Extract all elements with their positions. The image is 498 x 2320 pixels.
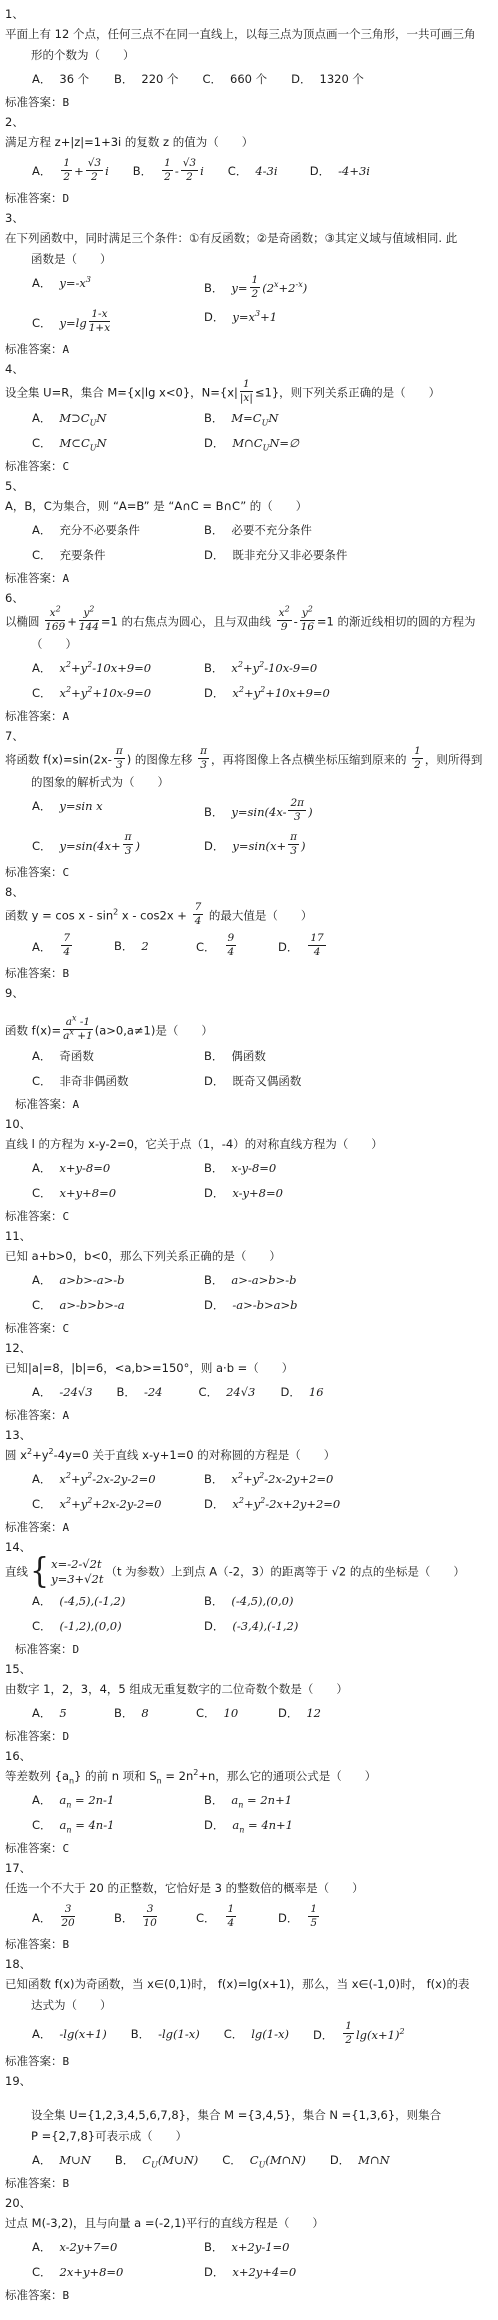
option-item: B．an = 2n+1 bbox=[204, 1792, 293, 1808]
answer-letter: A bbox=[63, 1409, 70, 1422]
answer-prefix: 标准答案： bbox=[15, 1642, 73, 1656]
option-item: C．(-1,2),(0,0) bbox=[32, 1618, 204, 1634]
answer-prefix: 标准答案： bbox=[5, 342, 63, 356]
option-text: x2+y2+10x+9=0 bbox=[232, 686, 330, 700]
option-item: C．4-3i bbox=[228, 163, 286, 179]
answer-prefix: 标准答案： bbox=[5, 2176, 63, 2190]
option-label: A． bbox=[32, 661, 51, 675]
option-label: A． bbox=[32, 1911, 51, 1925]
option-text: x-y-8=0 bbox=[231, 1161, 276, 1175]
options-group: A．x-2y+7=0B．x+2y-1=0C．2x+y+8=0D．x+2y+4=0 bbox=[5, 2239, 492, 2280]
option-text: x2+y2-10x-9=0 bbox=[231, 661, 317, 675]
option-text: (-1,2),(0,0) bbox=[60, 1619, 122, 1633]
answer-letter: B bbox=[63, 1938, 70, 1951]
options-group: A．a>b>-a>-bB．a>-a>b>-bC．a>-b>b>-aD．-a>-b… bbox=[5, 1272, 492, 1313]
option-label: C． bbox=[32, 839, 52, 853]
option-label: A． bbox=[32, 523, 51, 537]
option-label: C． bbox=[32, 436, 52, 450]
question-number: 5、 bbox=[5, 479, 492, 494]
answer-line: 标准答案：B bbox=[5, 965, 492, 982]
question-block: 14、直线{x=-2-√2ty=3+√2t（t 为参数）上到点 A（-2，3）的… bbox=[5, 1540, 492, 1658]
option-item: D．(-3,4),(-1,2) bbox=[204, 1618, 298, 1634]
option-item: B．x2+y2-2x-2y+2=0 bbox=[204, 1471, 340, 1487]
option-item: C．10 bbox=[196, 1705, 254, 1721]
option-item: A．an = 2n-1 bbox=[32, 1792, 204, 1808]
option-text: M⊃CUN bbox=[59, 411, 106, 425]
option-item: D．y=x3+1 bbox=[204, 309, 307, 334]
option-item: D．既非充分又非必要条件 bbox=[204, 547, 347, 563]
option-text: 12+√32i bbox=[59, 164, 108, 178]
answer-line: 标准答案：B bbox=[5, 94, 492, 111]
option-item: A．12+√32i bbox=[32, 158, 109, 183]
question-number: 2、 bbox=[5, 115, 492, 130]
answer-prefix: 标准答案： bbox=[5, 191, 63, 205]
question-stem-line: 达式为（ ） bbox=[5, 1995, 492, 2015]
option-label: D． bbox=[204, 310, 224, 324]
option-label: A． bbox=[32, 411, 51, 425]
options-group: A．an = 2n-1B．an = 2n+1C．an = 4n-1D．an = … bbox=[5, 1792, 492, 1833]
answer-line: 标准答案：C bbox=[5, 1320, 492, 1337]
question-block: 9、函数 f(x)=ax -1ax +1(a>0,a≠1)是（ ）A．奇函数B．… bbox=[5, 986, 492, 1113]
option-item: A．(-4,5),(-1,2) bbox=[32, 1593, 204, 1609]
option-text: 非奇非偶函数 bbox=[60, 1074, 129, 1088]
answer-line: 标准答案：D bbox=[5, 1728, 492, 1745]
option-item: C．660 个 bbox=[203, 71, 268, 87]
question-number: 12、 bbox=[5, 1341, 492, 1356]
question-stem-line: 直线 l 的方程为 x-y-2=0，它关于点（1，-4）的对称直线方程为（ ） bbox=[5, 1134, 492, 1154]
option-label: D． bbox=[204, 548, 224, 562]
option-label: A． bbox=[32, 1594, 51, 1608]
option-label: D． bbox=[330, 2153, 350, 2167]
question-stem-line: 过点 M(-3,2)，且与向量 a =(-2,1)平行的直线方程是（ ） bbox=[5, 2213, 492, 2233]
option-text: x+2y-1=0 bbox=[231, 2240, 289, 2254]
option-label: C． bbox=[222, 2153, 242, 2167]
option-label: A． bbox=[32, 72, 51, 86]
option-item: D．x+2y+4=0 bbox=[204, 2264, 296, 2280]
option-label: D． bbox=[278, 1911, 298, 1925]
option-text: y=sin(4x+π3) bbox=[60, 839, 140, 853]
question-block: 1、平面上有 12 个点，任何三点不在同一直线上，以每三点为顶点画一个三角形，一… bbox=[5, 7, 492, 111]
answer-prefix: 标准答案： bbox=[5, 709, 63, 723]
option-label: B． bbox=[204, 805, 223, 819]
option-text: (-4,5),(0,0) bbox=[231, 1594, 293, 1608]
question-number: 19、 bbox=[5, 2074, 492, 2089]
option-label: A． bbox=[32, 1385, 51, 1399]
options-group: A．x2+y2-2x-2y-2=0B．x2+y2-2x-2y+2=0C．x2+y… bbox=[5, 1471, 492, 1512]
option-item: B．a>-a>b>-b bbox=[204, 1272, 297, 1288]
option-item: B．8 bbox=[114, 1705, 172, 1721]
option-label: D． bbox=[204, 1619, 224, 1633]
options-group: A．M∪NB．CU(M∪N)C．CU(M∩N)D．M∩N bbox=[5, 2152, 492, 2168]
option-item: D．an = 4n+1 bbox=[204, 1817, 293, 1833]
answer-line: 标准答案：B bbox=[5, 1936, 492, 1953]
option-item: D．x2+y2+10x+9=0 bbox=[204, 685, 330, 701]
option-label: A． bbox=[32, 2153, 51, 2167]
option-text: x2+y2+10x-9=0 bbox=[60, 686, 152, 700]
answer-line: 标准答案：A bbox=[5, 1407, 492, 1424]
option-text: 36 个 bbox=[59, 72, 89, 86]
option-text: 220 个 bbox=[141, 72, 178, 86]
question-stem-line: 已知函数 f(x)为奇函数，当 x∈(0,1)时， f(x)=lg(x+1)，那… bbox=[5, 1974, 492, 1994]
option-text: 2 bbox=[141, 939, 148, 953]
option-text: 4-3i bbox=[255, 164, 277, 178]
answer-letter: B bbox=[63, 96, 70, 109]
answer-prefix: 标准答案： bbox=[5, 571, 63, 585]
question-stem-line: 圆 x2+y2-4y=0 关于直线 x-y+1=0 的对称圆的方程是（ ） bbox=[5, 1445, 492, 1465]
option-item: A．y=sin x bbox=[32, 798, 204, 823]
option-text: CU(M∩N) bbox=[250, 2153, 306, 2167]
question-stem-line: 在下列函数中，同时满足三个条件：①有反函数；②是奇函数；③其定义域与值域相同. … bbox=[5, 228, 492, 248]
option-label: D． bbox=[291, 72, 311, 86]
option-text: CU(M∪N) bbox=[142, 2153, 198, 2167]
option-label: B． bbox=[204, 1049, 223, 1063]
option-label: B． bbox=[114, 1706, 133, 1720]
option-label: C． bbox=[32, 1619, 52, 1633]
options-group: A．36 个B．220 个C．660 个D．1320 个 bbox=[5, 71, 492, 87]
question-stem-line: 函数 y = cos x - sin2 x - cos2x + 74 的最大值是… bbox=[5, 902, 492, 927]
option-label: D． bbox=[204, 1186, 224, 1200]
answer-letter: D bbox=[63, 1730, 70, 1743]
question-block: 10、直线 l 的方程为 x-y-2=0，它关于点（1，-4）的对称直线方程为（… bbox=[5, 1117, 492, 1225]
option-label: B． bbox=[204, 1161, 223, 1175]
option-label: B． bbox=[133, 164, 152, 178]
option-text: -a>-b>a>b bbox=[232, 1298, 297, 1312]
question-number: 4、 bbox=[5, 362, 492, 377]
options-group: A．5B．8C．10D．12 bbox=[5, 1705, 492, 1721]
option-item: A．-24√3 bbox=[32, 1384, 93, 1400]
option-item: B．2 bbox=[114, 938, 172, 954]
option-item: D．x2+y2-2x+2y+2=0 bbox=[204, 1496, 340, 1512]
answer-line: 标准答案：D bbox=[5, 1641, 492, 1658]
option-text: -lg(1-x) bbox=[158, 2027, 200, 2041]
question-stem-line: 已知|a|=8，|b|=6，<a,b>=150°，则 a·b =（ ） bbox=[5, 1358, 492, 1378]
option-item: C．2x+y+8=0 bbox=[32, 2264, 204, 2280]
question-stem-line: 以椭圆 x2169+y2144=1 的右焦点为圆心，且与双曲线 x29-y216… bbox=[5, 608, 492, 633]
answer-line: 标准答案：A bbox=[5, 708, 492, 725]
option-text: M∪N bbox=[59, 2153, 90, 2167]
option-text: 12-√32i bbox=[160, 164, 204, 178]
option-label: D． bbox=[281, 1385, 301, 1399]
option-label: C． bbox=[32, 1818, 52, 1832]
option-text: x+y+8=0 bbox=[60, 1186, 117, 1200]
option-label: C． bbox=[224, 2027, 244, 2041]
question-stem-line: 平面上有 12 个点，任何三点不在同一直线上，以每三点为顶点画一个三角形，一共可… bbox=[5, 24, 492, 44]
option-item: C．a>-b>b>-a bbox=[32, 1297, 204, 1313]
option-text: x-2y+7=0 bbox=[59, 2240, 117, 2254]
question-block: 20、过点 M(-3,2)，且与向量 a =(-2,1)平行的直线方程是（ ）A… bbox=[5, 2196, 492, 2304]
option-item: C．非奇非偶函数 bbox=[32, 1073, 204, 1089]
option-item: B．-lg(1-x) bbox=[131, 2026, 200, 2042]
option-text: x2+y2-2x-2y-2=0 bbox=[59, 1472, 155, 1486]
question-block: 4、设全集 U=R，集合 M={x|lg x<0}，N={x|1|x|≤1}，则… bbox=[5, 362, 492, 475]
option-text: x2+y2-2x-2y+2=0 bbox=[231, 1472, 333, 1486]
exam-document: 1、平面上有 12 个点，任何三点不在同一直线上，以每三点为顶点画一个三角形，一… bbox=[5, 7, 492, 2304]
option-item: C．x+y+8=0 bbox=[32, 1185, 204, 1201]
option-item: A．奇函数 bbox=[32, 1048, 204, 1064]
question-block: 17、任选一个不大于 20 的正整数，它恰好是 3 的整数倍的概率是（ ）A．3… bbox=[5, 1861, 492, 1953]
option-label: A． bbox=[32, 1706, 51, 1720]
option-text: 奇函数 bbox=[59, 1049, 94, 1063]
option-label: B． bbox=[204, 661, 223, 675]
option-label: D． bbox=[204, 1497, 224, 1511]
option-label: D． bbox=[310, 164, 330, 178]
answer-letter: B bbox=[63, 2177, 70, 2190]
option-item: B．CU(M∪N) bbox=[115, 2152, 198, 2168]
option-item: A．x-2y+7=0 bbox=[32, 2239, 204, 2255]
option-text: x+2y+4=0 bbox=[232, 2265, 296, 2279]
option-text: 充分不必要条件 bbox=[59, 523, 140, 537]
answer-letter: C bbox=[63, 460, 70, 473]
question-block: 16、等差数列 {an} 的前 n 项和 Sn = 2n2+n，那么它的通项公式… bbox=[5, 1749, 492, 1857]
option-label: A． bbox=[32, 940, 51, 954]
question-number: 1、 bbox=[5, 7, 492, 22]
option-item: C．14 bbox=[196, 1904, 254, 1929]
option-label: B． bbox=[204, 523, 223, 537]
option-item: C．an = 4n-1 bbox=[32, 1817, 204, 1833]
question-block: 8、函数 y = cos x - sin2 x - cos2x + 74 的最大… bbox=[5, 885, 492, 982]
option-item: D．1320 个 bbox=[291, 71, 364, 87]
option-label: D． bbox=[204, 839, 224, 853]
question-stem-line: 函数是（ ） bbox=[5, 249, 492, 269]
question-stem-line: 任选一个不大于 20 的正整数，它恰好是 3 的整数倍的概率是（ ） bbox=[5, 1878, 492, 1898]
options-group: A．320B．310C．14D．15 bbox=[5, 1904, 492, 1929]
answer-letter: D bbox=[63, 192, 70, 205]
question-stem-line: A，B，C为集合，则 “A=B” 是 “A∩C = B∩C” 的（ ） bbox=[5, 496, 492, 516]
option-label: A． bbox=[32, 2240, 51, 2254]
option-text: M∩N bbox=[358, 2153, 389, 2167]
answer-letter: C bbox=[63, 1322, 70, 1335]
option-item: C．y=sin(4x+π3) bbox=[32, 832, 204, 857]
answer-letter: A bbox=[73, 1098, 80, 1111]
option-item: A．M⊃CUN bbox=[32, 410, 204, 426]
question-number: 20、 bbox=[5, 2196, 492, 2211]
option-text: 320 bbox=[59, 1911, 76, 1925]
option-text: y=sin(4x-2π3) bbox=[231, 805, 312, 819]
option-label: C． bbox=[32, 316, 52, 330]
options-group: A．74B．2C．94D．174 bbox=[5, 933, 492, 958]
option-text: y=lg1-x1+x bbox=[60, 316, 113, 330]
option-label: C． bbox=[228, 164, 248, 178]
options-group: A．x+y-8=0B．x-y-8=0C．x+y+8=0D．x-y+8=0 bbox=[5, 1160, 492, 1201]
question-block: 6、以椭圆 x2169+y2144=1 的右焦点为圆心，且与双曲线 x29-y2… bbox=[5, 591, 492, 725]
option-text: (-3,4),(-1,2) bbox=[232, 1619, 298, 1633]
question-number: 11、 bbox=[5, 1229, 492, 1244]
option-item: B．310 bbox=[114, 1904, 172, 1929]
option-label: C． bbox=[32, 548, 52, 562]
question-number: 10、 bbox=[5, 1117, 492, 1132]
option-item: B．M=CUN bbox=[204, 410, 299, 426]
option-text: 24√3 bbox=[226, 1385, 255, 1399]
option-item: D．16 bbox=[281, 1384, 339, 1400]
question-block: 2、满足方程 z+|z|=1+3i 的复数 z 的值为（ ）A．12+√32iB… bbox=[5, 115, 492, 207]
answer-letter: C bbox=[63, 1210, 70, 1223]
option-item: D．12 bbox=[278, 1705, 336, 1721]
option-label: B． bbox=[204, 1594, 223, 1608]
option-label: C． bbox=[203, 72, 223, 86]
option-item: A．-lg(x+1) bbox=[32, 2026, 107, 2042]
answer-line: 标准答案：C bbox=[5, 458, 492, 475]
option-text: 12 bbox=[306, 1706, 321, 1720]
question-number: 3、 bbox=[5, 211, 492, 226]
options-group: A．12+√32iB．12-√32iC．4-3iD．-4+3i bbox=[5, 158, 492, 183]
answer-prefix: 标准答案： bbox=[5, 1408, 63, 1422]
option-text: 94 bbox=[224, 940, 239, 954]
option-text: a>-b>b>-a bbox=[60, 1298, 125, 1312]
options-group: A．奇函数B．偶函数C．非奇非偶函数D．既奇又偶函数 bbox=[5, 1048, 492, 1089]
answer-prefix: 标准答案： bbox=[5, 1841, 63, 1855]
option-text: 15 bbox=[306, 1911, 321, 1925]
option-text: 14 bbox=[224, 1911, 239, 1925]
option-text: y=sin x bbox=[59, 799, 102, 813]
option-label: C． bbox=[196, 1911, 216, 1925]
option-text: 174 bbox=[306, 940, 327, 954]
option-item: D．-4+3i bbox=[310, 163, 370, 179]
answer-line: 标准答案：B bbox=[5, 2287, 492, 2304]
options-group: A．充分不必要条件B．必要不充分条件C．充要条件D．既非充分又非必要条件 bbox=[5, 522, 492, 563]
option-text: an = 2n-1 bbox=[59, 1793, 114, 1807]
option-label: A． bbox=[32, 799, 51, 813]
option-text: M⊂CUN bbox=[60, 436, 107, 450]
question-stem-line: 将函数 f(x)=sin(2x-π3) 的图像左移 π3，再将图像上各点横坐标压… bbox=[5, 746, 492, 771]
option-label: C． bbox=[32, 1186, 52, 1200]
question-stem-line: 的图象的解析式为（ ） bbox=[5, 772, 492, 792]
option-label: C． bbox=[196, 940, 216, 954]
option-item: C．x2+y2+10x-9=0 bbox=[32, 685, 204, 701]
question-block: 12、已知|a|=8，|b|=6，<a,b>=150°，则 a·b =（ ）A．… bbox=[5, 1341, 492, 1424]
answer-letter: B bbox=[63, 2289, 70, 2302]
option-text: y=12(2x+2-x) bbox=[231, 281, 307, 295]
question-number: 14、 bbox=[5, 1540, 492, 1555]
option-label: C． bbox=[32, 1074, 52, 1088]
option-text: 12lg(x+1)2 bbox=[341, 2028, 404, 2042]
option-text: 5 bbox=[59, 1706, 66, 1720]
option-text: 8 bbox=[141, 1706, 148, 1720]
option-item: D．y=sin(x+π3) bbox=[204, 832, 313, 857]
option-text: 偶函数 bbox=[231, 1049, 266, 1063]
question-stem-line: 设全集 U={1,2,3,4,5,6,7,8}，集合 M ={3,4,5}，集合… bbox=[5, 2105, 492, 2125]
option-item: C．CU(M∩N) bbox=[222, 2152, 306, 2168]
option-label: B． bbox=[131, 2027, 150, 2041]
option-item: A．充分不必要条件 bbox=[32, 522, 204, 538]
options-group: A．-24√3B．-24C．24√3D．16 bbox=[5, 1384, 492, 1400]
option-item: D．174 bbox=[278, 933, 336, 958]
option-label: A． bbox=[32, 1273, 51, 1287]
answer-line: 标准答案：C bbox=[5, 1840, 492, 1857]
answer-prefix: 标准答案： bbox=[5, 1937, 63, 1951]
option-label: A． bbox=[32, 1161, 51, 1175]
options-group: A．M⊃CUNB．M=CUNC．M⊂CUND．M∩CUN=∅ bbox=[5, 410, 492, 451]
options-group: A．-lg(x+1)B．-lg(1-x)C．lg(1-x)D．12lg(x+1)… bbox=[5, 2021, 492, 2046]
option-item: A．M∪N bbox=[32, 2152, 91, 2168]
option-label: D． bbox=[204, 1298, 224, 1312]
answer-letter: C bbox=[63, 866, 70, 879]
option-item: A．36 个 bbox=[32, 71, 90, 87]
option-item: C．24√3 bbox=[199, 1384, 257, 1400]
question-stem-line: 等差数列 {an} 的前 n 项和 Sn = 2n2+n，那么它的通项公式是（ … bbox=[5, 1766, 492, 1786]
answer-letter: A bbox=[63, 572, 70, 585]
option-text: 16 bbox=[309, 1385, 324, 1399]
option-label: D． bbox=[313, 2028, 333, 2042]
question-number: 6、 bbox=[5, 591, 492, 606]
option-item: A．a>b>-a>-b bbox=[32, 1272, 204, 1288]
question-stem-line: 由数字 1，2，3，4，5 组成无重复数字的二位奇数个数是（ ） bbox=[5, 1679, 492, 1699]
option-text: -24√3 bbox=[59, 1385, 92, 1399]
option-label: B． bbox=[117, 1385, 136, 1399]
option-label: D． bbox=[204, 686, 224, 700]
answer-letter: A bbox=[63, 1521, 70, 1534]
option-text: -lg(x+1) bbox=[59, 2027, 106, 2041]
option-text: 2x+y+8=0 bbox=[60, 2265, 124, 2279]
option-label: B． bbox=[115, 2153, 134, 2167]
question-block: 19、设全集 U={1,2,3,4,5,6,7,8}，集合 M ={3,4,5}… bbox=[5, 2074, 492, 2192]
option-label: A． bbox=[32, 2027, 51, 2041]
answer-prefix: 标准答案： bbox=[5, 1321, 63, 1335]
option-item: C．x2+y2+2x-2y-2=0 bbox=[32, 1496, 204, 1512]
option-item: B．220 个 bbox=[114, 71, 179, 87]
answer-prefix: 标准答案： bbox=[5, 1209, 63, 1223]
option-text: M=CUN bbox=[231, 411, 278, 425]
option-item: A．x2+y2-10x+9=0 bbox=[32, 660, 204, 676]
question-number: 18、 bbox=[5, 1957, 492, 1972]
options-group: A．y=-x3B．y=12(2x+2-x)C．y=lg1-x1+xD．y=x3+… bbox=[5, 275, 492, 334]
option-label: B． bbox=[204, 1793, 223, 1807]
option-text: a>b>-a>-b bbox=[59, 1273, 124, 1287]
option-item: D．既奇又偶函数 bbox=[204, 1073, 301, 1089]
question-number: 7、 bbox=[5, 729, 492, 744]
option-label: A． bbox=[32, 1472, 51, 1486]
option-text: lg(1-x) bbox=[251, 2027, 289, 2041]
question-block: 11、已知 a+b>0，b<0，那么下列关系正确的是（ ）A．a>b>-a>-b… bbox=[5, 1229, 492, 1337]
option-text: 660 个 bbox=[230, 72, 267, 86]
question-stem-line: 直线{x=-2-√2ty=3+√2t（t 为参数）上到点 A（-2，3）的距离等… bbox=[5, 1557, 492, 1587]
question-stem-line: 已知 a+b>0，b<0，那么下列关系正确的是（ ） bbox=[5, 1246, 492, 1266]
option-item: C．M⊂CUN bbox=[32, 435, 204, 451]
option-text: 充要条件 bbox=[60, 548, 106, 562]
option-item: D．x-y+8=0 bbox=[204, 1185, 283, 1201]
answer-prefix: 标准答案： bbox=[5, 95, 63, 109]
option-label: A． bbox=[32, 276, 51, 290]
question-block: 7、将函数 f(x)=sin(2x-π3) 的图像左移 π3，再将图像上各点横坐… bbox=[5, 729, 492, 881]
option-label: B． bbox=[204, 1472, 223, 1486]
question-number: 15、 bbox=[5, 1662, 492, 1677]
answer-line: 标准答案：C bbox=[5, 864, 492, 881]
option-label: B． bbox=[114, 1911, 133, 1925]
question-stem-line: 满足方程 z+|z|=1+3i 的复数 z 的值为（ ） bbox=[5, 132, 492, 152]
question-block: 18、已知函数 f(x)为奇函数，当 x∈(0,1)时， f(x)=lg(x+1… bbox=[5, 1957, 492, 2070]
option-text: 既奇又偶函数 bbox=[232, 1074, 301, 1088]
answer-prefix: 标准答案： bbox=[5, 2288, 63, 2302]
option-label: C． bbox=[196, 1706, 216, 1720]
option-text: y=sin(x+π3) bbox=[232, 839, 305, 853]
option-item: A．74 bbox=[32, 933, 90, 958]
option-item: D．15 bbox=[278, 1904, 336, 1929]
option-label: A． bbox=[32, 1793, 51, 1807]
answer-line: 标准答案：B bbox=[5, 2053, 492, 2070]
option-item: B．必要不充分条件 bbox=[204, 522, 347, 538]
answer-line: 标准答案：A bbox=[5, 1519, 492, 1536]
answer-line: 标准答案：C bbox=[5, 1208, 492, 1225]
answer-line: 标准答案：D bbox=[5, 190, 492, 207]
answer-prefix: 标准答案： bbox=[5, 966, 63, 980]
answer-prefix: 标准答案： bbox=[5, 1729, 63, 1743]
answer-line: 标准答案：A bbox=[5, 341, 492, 358]
option-text: x+y-8=0 bbox=[59, 1161, 110, 1175]
option-text: (-4,5),(-1,2) bbox=[59, 1594, 125, 1608]
question-block: 3、在下列函数中，同时满足三个条件：①有反函数；②是奇函数；③其定义域与值域相同… bbox=[5, 211, 492, 358]
option-text: an = 2n+1 bbox=[231, 1793, 292, 1807]
option-label: C． bbox=[32, 1298, 52, 1312]
option-item: A．5 bbox=[32, 1705, 90, 1721]
